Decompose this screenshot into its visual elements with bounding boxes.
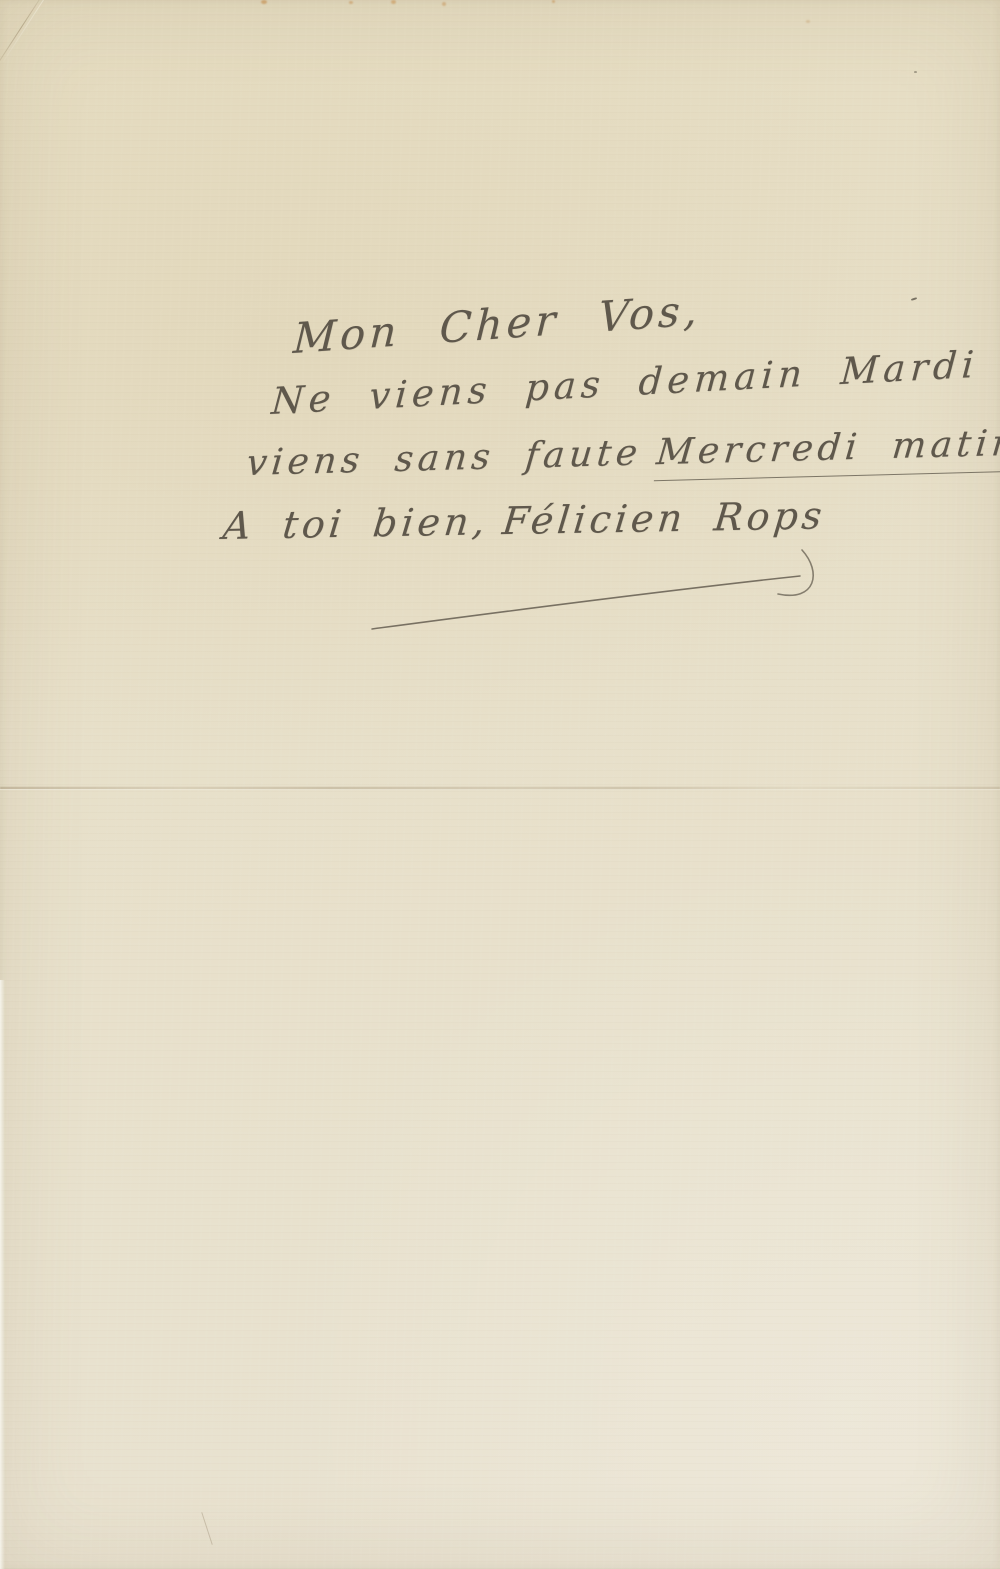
signature-text: Félicien Rops bbox=[500, 493, 827, 543]
foxing-spot bbox=[552, 0, 555, 3]
corner-crease-highlight bbox=[3, 0, 44, 62]
letter-body-line-2: viens sans fauteMercredi matin. bbox=[244, 423, 1000, 491]
salutation-text: Mon Cher Vos, bbox=[292, 285, 702, 363]
paper-texture bbox=[0, 0, 1000, 1569]
foxing-spot bbox=[261, 0, 267, 4]
foxing-spot bbox=[349, 1, 353, 4]
letter-page: Mon Cher Vos, Ne viens pas demain Mardi … bbox=[0, 0, 1000, 1569]
paper-scratch bbox=[201, 1512, 212, 1545]
body-line-2-prefix: viens sans faute bbox=[245, 433, 644, 484]
letter-closing-line: A toi bien,Félicien Rops bbox=[221, 495, 828, 547]
foxing-spot bbox=[806, 20, 810, 23]
ink-speck bbox=[914, 71, 917, 73]
closing-text: A toi bien, bbox=[221, 499, 491, 548]
underlined-phrase: Mercredi matin. bbox=[654, 423, 1000, 481]
signature-flourish bbox=[350, 528, 830, 658]
paper-left-edge bbox=[0, 980, 5, 1569]
letter-salutation: Mon Cher Vos, bbox=[292, 287, 702, 362]
fold-crease bbox=[0, 787, 1000, 790]
foxing-spot bbox=[391, 0, 396, 4]
foxing-spot bbox=[442, 2, 446, 6]
ink-speck bbox=[911, 297, 917, 301]
